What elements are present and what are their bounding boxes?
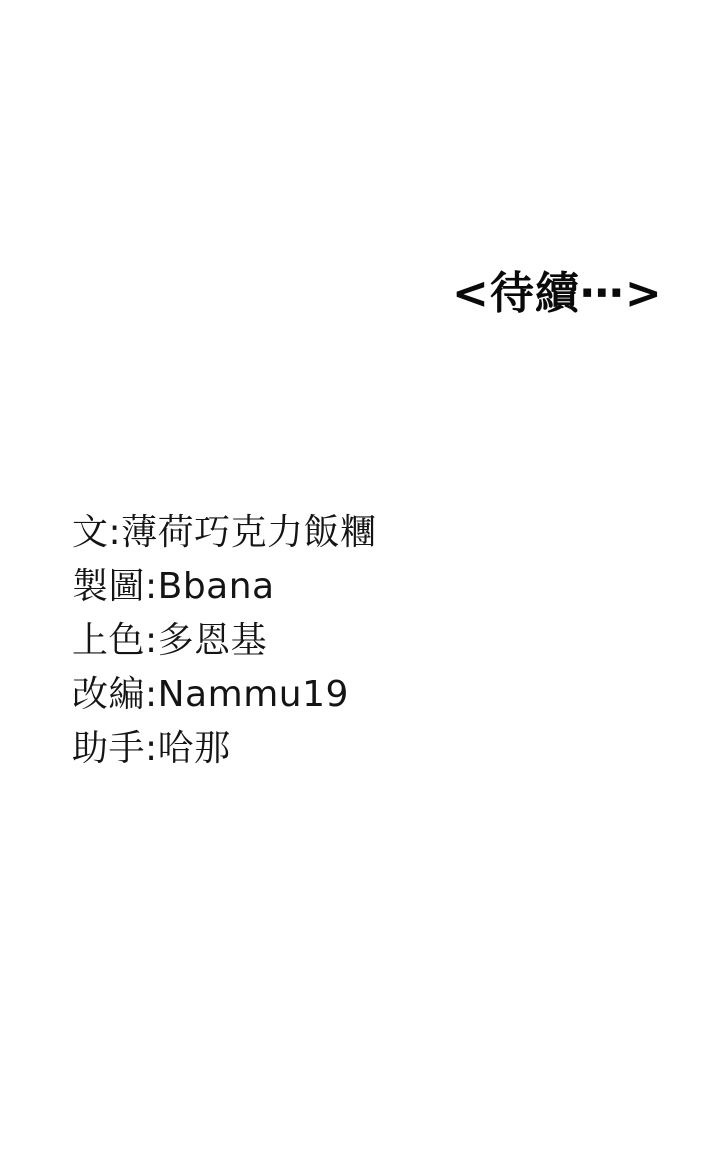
credit-line-assistant: 助手:哈那 xyxy=(72,722,632,776)
credit-line-writer: 文:薄荷巧克力飯糰 xyxy=(72,506,632,560)
comic-end-page: <待續⋯> 文:薄荷巧克力飯糰 製圖:Bbana 上色:多恩基 改編:Nammu… xyxy=(0,0,720,1172)
credit-line-colorist: 上色:多恩基 xyxy=(72,614,632,668)
credits-block: 文:薄荷巧克力飯糰 製圖:Bbana 上色:多恩基 改編:Nammu19 助手:… xyxy=(72,506,632,776)
to-be-continued-label: <待續⋯> xyxy=(452,270,663,318)
credit-line-adaptation: 改編:Nammu19 xyxy=(72,668,632,722)
credit-line-artist: 製圖:Bbana xyxy=(72,560,632,614)
